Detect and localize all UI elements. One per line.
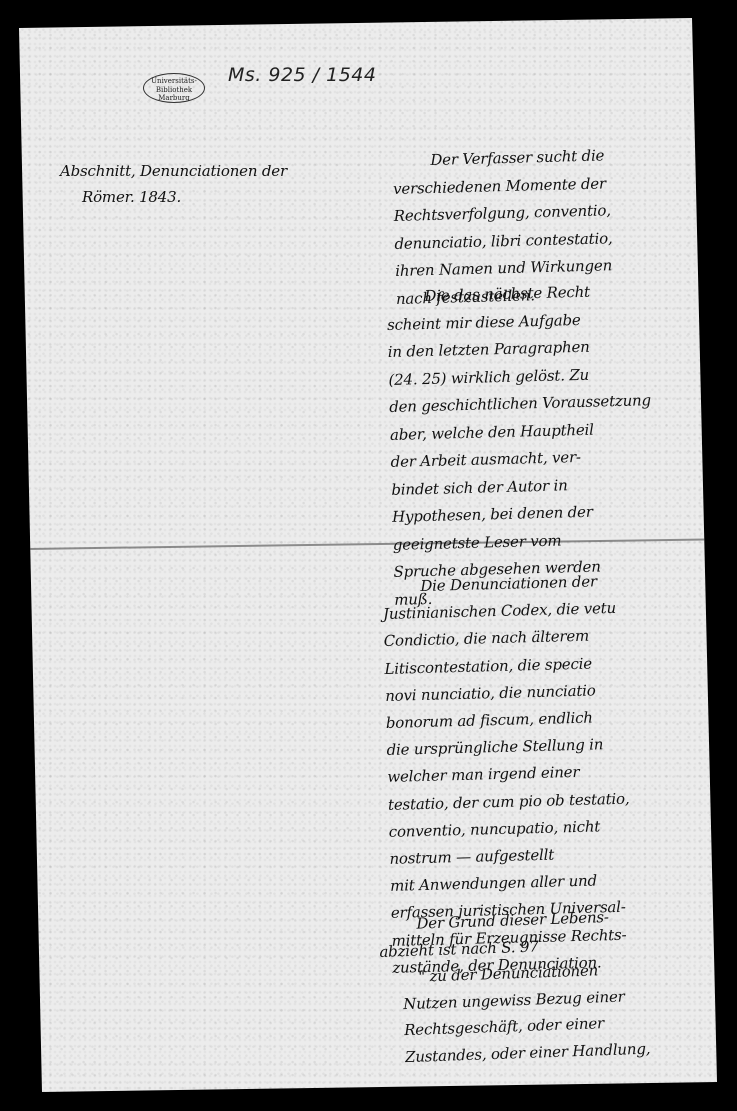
paragraph-4: Der Grund dieser Lebens- abzieht ist nac…	[378, 903, 651, 1071]
margin-title: Abschnitt, Denunciationen der Römer. 184…	[60, 158, 287, 210]
margin-title-line: Abschnitt, Denunciationen der	[60, 158, 287, 184]
manuscript-page: Universitäts- Bibliothek Marburg Ms. 925…	[0, 0, 737, 1111]
paragraph-2: Die das nächste Recht scheint mir diese …	[386, 277, 656, 614]
margin-title-line: Römer. 1843.	[60, 184, 287, 210]
library-stamp: Universitäts- Bibliothek Marburg	[143, 73, 205, 103]
shelfmark: Ms. 925 / 1544	[228, 64, 376, 86]
stamp-line: Bibliothek	[144, 86, 204, 95]
stamp-line: Marburg	[144, 94, 204, 103]
stamp-line: Universitäts-	[144, 77, 204, 86]
